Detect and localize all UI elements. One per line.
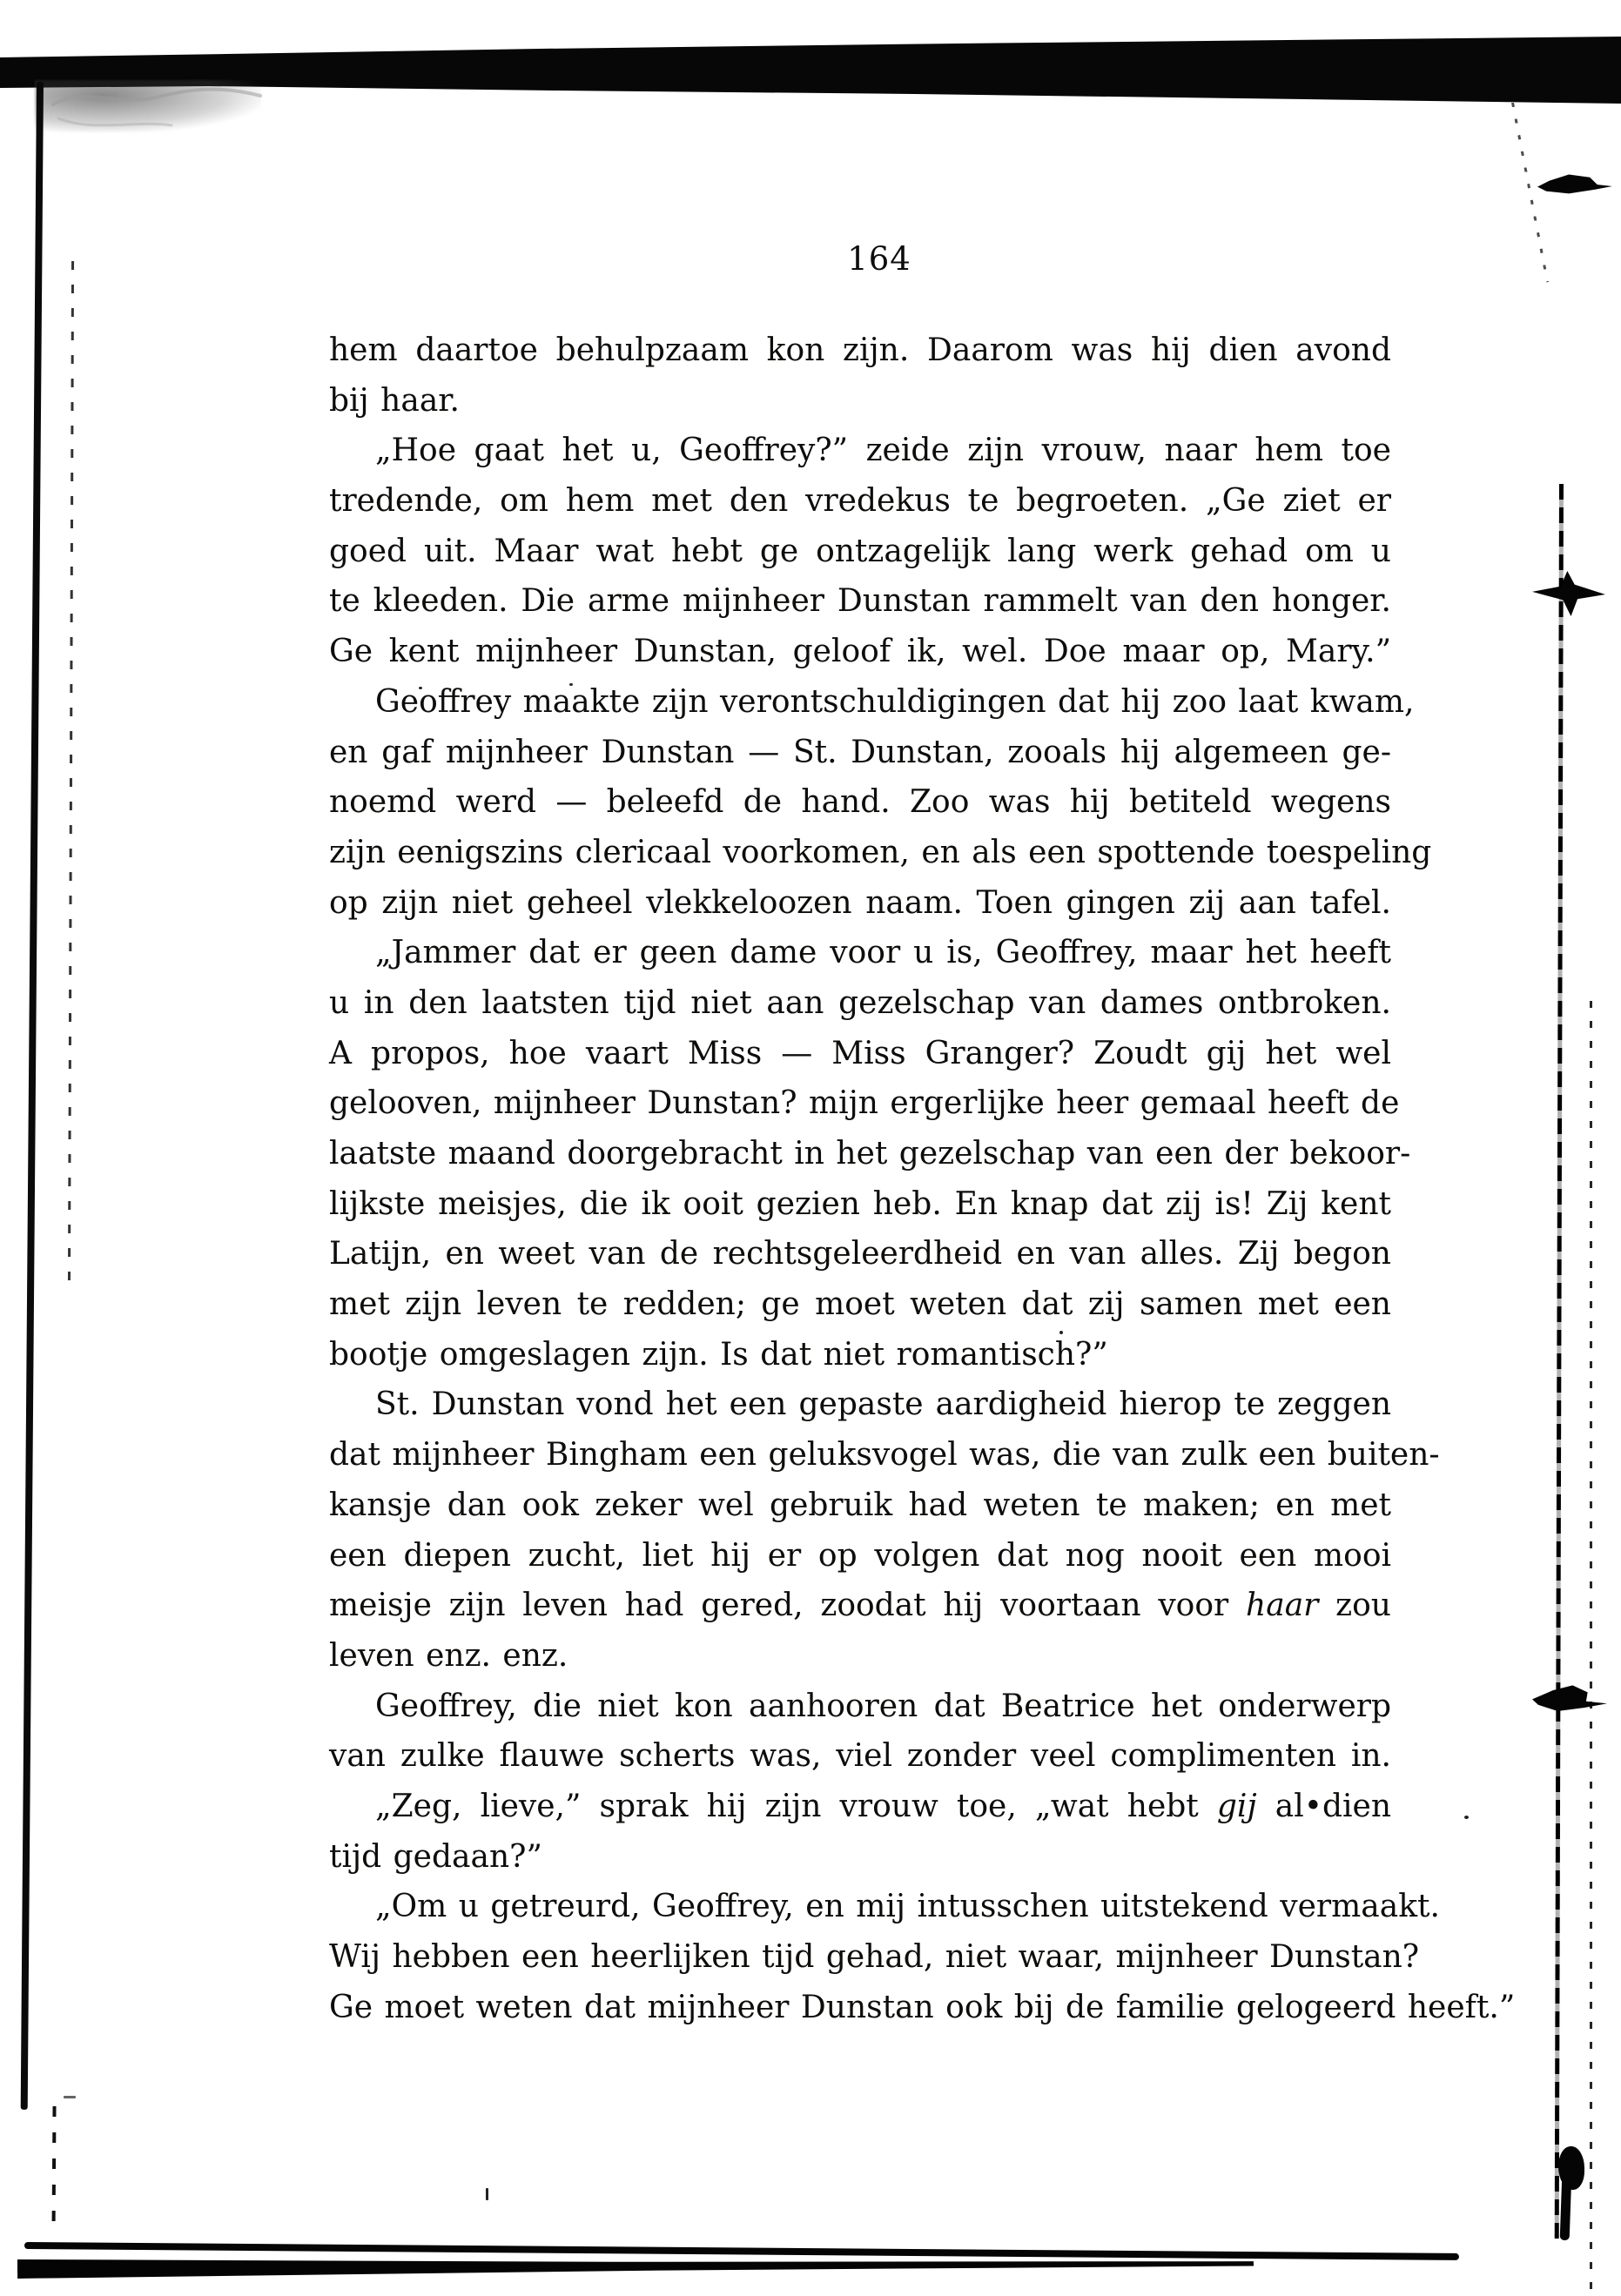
text-line: „Om u getreurd, Geoffrey, en mij intussc…: [329, 1882, 1391, 1932]
ink-speck: [64, 2096, 76, 2098]
pencil-squiggle: [48, 75, 266, 136]
line-text: tredende, om hem met den vredekus te beg…: [329, 483, 1391, 519]
text-line: gelooven, mijnheer Dunstan? mijn ergerli…: [329, 1078, 1391, 1129]
right-top-dotted-trail: [1511, 103, 1549, 283]
text-line: hem daartoe behulpzaam kon zijn. Daarom …: [329, 326, 1391, 376]
line-text: „Hoe gaat het u, Geoffrey?” zeide zijn v…: [375, 433, 1391, 468]
text-line: bootje omgeslagen zijn. Is dat niet roma…: [329, 1330, 1391, 1380]
text-line: bij haar.: [329, 376, 1391, 426]
text-line: op zijn niet geheel vlekkeloozen naam. T…: [329, 878, 1391, 929]
text-line: noemd werd — beleefd de hand. Zoo was hi…: [329, 777, 1391, 828]
text-line: tijd gedaan?”: [329, 1832, 1391, 1883]
line-text: bootje omgeslagen zijn. Is dat niet roma…: [329, 1337, 1108, 1373]
line-text: laatste maand doorgebracht in het gezels…: [329, 1136, 1410, 1171]
line-text: een diepen zucht, liet hij er op volgen …: [329, 1538, 1391, 1574]
line-text: zijn eenigszins clericaal voorkomen, en …: [329, 835, 1431, 870]
line-text: Geoffrey, die niet kon aanhooren dat Bea…: [375, 1688, 1391, 1724]
text-line: laatste maand doorgebracht in het gezels…: [329, 1129, 1391, 1179]
right-edge-arrow-blob: [1532, 1683, 1607, 1718]
line-text: „Om u getreurd, Geoffrey, en mij intussc…: [375, 1889, 1440, 1924]
line-text: kansje dan ook zeker wel gebruik had wet…: [329, 1487, 1391, 1523]
text-line: Wij hebben een heerlijken tijd gehad, ni…: [329, 1932, 1391, 1983]
right-margin-rule-end: [1560, 2174, 1572, 2240]
text-line: u in den laatsten tijd niet aan gezelsch…: [329, 978, 1391, 1029]
line-text: Latijn, en weet van de rechtsgeleerdheid…: [329, 1236, 1391, 1272]
line-text: bij haar.: [329, 383, 460, 419]
line-text: leven enz. enz.: [329, 1638, 568, 1674]
text-line: kansje dan ook zeker wel gebruik had wet…: [329, 1480, 1391, 1531]
line-text: op zijn niet geheel vlekkeloozen naam. T…: [329, 885, 1391, 921]
line-text: u in den laatsten tijd niet aan gezelsch…: [329, 985, 1391, 1021]
ink-speck: [486, 2188, 488, 2200]
text-line: tredende, om hem met den vredekus te beg…: [329, 476, 1391, 527]
text-line: van zulke flauwe scherts was, viel zonde…: [329, 1731, 1391, 1782]
right-edge-star-blob: [1532, 571, 1605, 616]
italic-word: gij: [1217, 1789, 1257, 1824]
right-margin-thin-rule: [1590, 1001, 1592, 2296]
line-text: Ge kent mijnheer Dunstan, geloof ik, wel…: [329, 634, 1391, 669]
line-text: St. Dunstan vond het een gepaste aardigh…: [375, 1386, 1391, 1422]
line-text: dat mijnheer Bingham een geluksvogel was…: [329, 1437, 1440, 1473]
line-text: A propos, hoe vaart Miss — Miss Granger?…: [329, 1036, 1391, 1071]
line-text: zou: [1318, 1588, 1391, 1623]
italic-word: haar: [1246, 1588, 1318, 1623]
line-text: gelooven, mijnheer Dunstan? mijn ergerli…: [329, 1085, 1399, 1121]
line-text: van zulke flauwe scherts was, viel zonde…: [329, 1738, 1391, 1774]
left-margin-rule: [21, 82, 44, 2110]
text-line: te kleeden. Die arme mijnheer Dunstan ra…: [329, 576, 1391, 627]
text-line: Geoffrey maakte zijn verontschuldigingen…: [329, 677, 1391, 728]
line-text: Ge moet weten dat mijnheer Dunstan ook b…: [329, 1990, 1515, 2025]
line-text: Geoffrey maakte zijn verontschuldigingen…: [375, 684, 1414, 720]
line-text: lijkste meisjes, die ik ooit gezien heb.…: [329, 1186, 1391, 1222]
line-text: „Zeg, lieve,” sprak hij zijn vrouw toe, …: [375, 1789, 1217, 1824]
right-margin-rule: [1555, 484, 1564, 2239]
line-text: te kleeden. Die arme mijnheer Dunstan ra…: [329, 583, 1391, 619]
text-line: dat mijnheer Bingham een geluksvogel was…: [329, 1430, 1391, 1480]
text-line: Latijn, en weet van de rechtsgeleerdheid…: [329, 1229, 1391, 1279]
text-line: A propos, hoe vaart Miss — Miss Granger?…: [329, 1029, 1391, 1079]
book-page-scan: 164 hem daartoe behulpzaam kon zijn. Daa…: [0, 0, 1621, 2296]
text-line: goed uit. Maar wat hebt ge ontzagelijk l…: [329, 527, 1391, 577]
line-text: hem daartoe behulpzaam kon zijn. Daarom …: [329, 332, 1391, 368]
page-number: 164: [348, 242, 1410, 277]
line-text: met zijn leven te redden; ge moet weten …: [329, 1286, 1391, 1322]
line-text: meisje zijn leven had gered, zoodat hij …: [329, 1588, 1246, 1623]
right-edge-ink-blob-top: [1537, 172, 1612, 200]
text-line: Ge kent mijnheer Dunstan, geloof ik, wel…: [329, 627, 1391, 677]
bottom-scan-line: [24, 2242, 1459, 2260]
text-line: „Hoe gaat het u, Geoffrey?” zeide zijn v…: [329, 426, 1391, 476]
line-text: „Jammer dat er geen dame voor u is, Geof…: [375, 935, 1391, 970]
left-margin-rule-tail: [51, 2106, 56, 2237]
line-text: al•dien: [1257, 1789, 1391, 1824]
line-text: noemd werd — beleefd de hand. Zoo was hi…: [329, 784, 1391, 820]
line-text: en gaf mijnheer Dunstan — St. Dunstan, z…: [329, 735, 1391, 770]
text-line: en gaf mijnheer Dunstan — St. Dunstan, z…: [329, 728, 1391, 778]
text-line: „Jammer dat er geen dame voor u is, Geof…: [329, 928, 1391, 978]
text-line: zijn eenigszins clericaal voorkomen, en …: [329, 828, 1391, 878]
bottom-scan-border: [17, 2254, 1254, 2279]
text-line: „Zeg, lieve,” sprak hij zijn vrouw toe, …: [329, 1782, 1391, 1832]
line-text: goed uit. Maar wat hebt ge ontzagelijk l…: [329, 534, 1391, 569]
text-line: een diepen zucht, liet hij er op volgen …: [329, 1531, 1391, 1581]
text-line: meisje zijn leven had gered, zoodat hij …: [329, 1581, 1391, 1631]
text-line: Geoffrey, die niet kon aanhooren dat Bea…: [329, 1682, 1391, 1732]
text-block: hem daartoe behulpzaam kon zijn. Daarom …: [329, 326, 1391, 2032]
line-text: Wij hebben een heerlijken tijd gehad, ni…: [329, 1939, 1419, 1975]
left-margin-dashed-rule: [68, 261, 74, 1288]
line-text: tijd gedaan?”: [329, 1839, 542, 1875]
text-line: St. Dunstan vond het een gepaste aardigh…: [329, 1380, 1391, 1430]
text-line: met zijn leven te redden; ge moet weten …: [329, 1279, 1391, 1330]
ink-speck: [1464, 1816, 1469, 1819]
text-line: lijkste meisjes, die ik ooit gezien heb.…: [329, 1179, 1391, 1230]
text-line: Ge moet weten dat mijnheer Dunstan ook b…: [329, 1983, 1391, 2033]
text-line: leven enz. enz.: [329, 1631, 1391, 1682]
